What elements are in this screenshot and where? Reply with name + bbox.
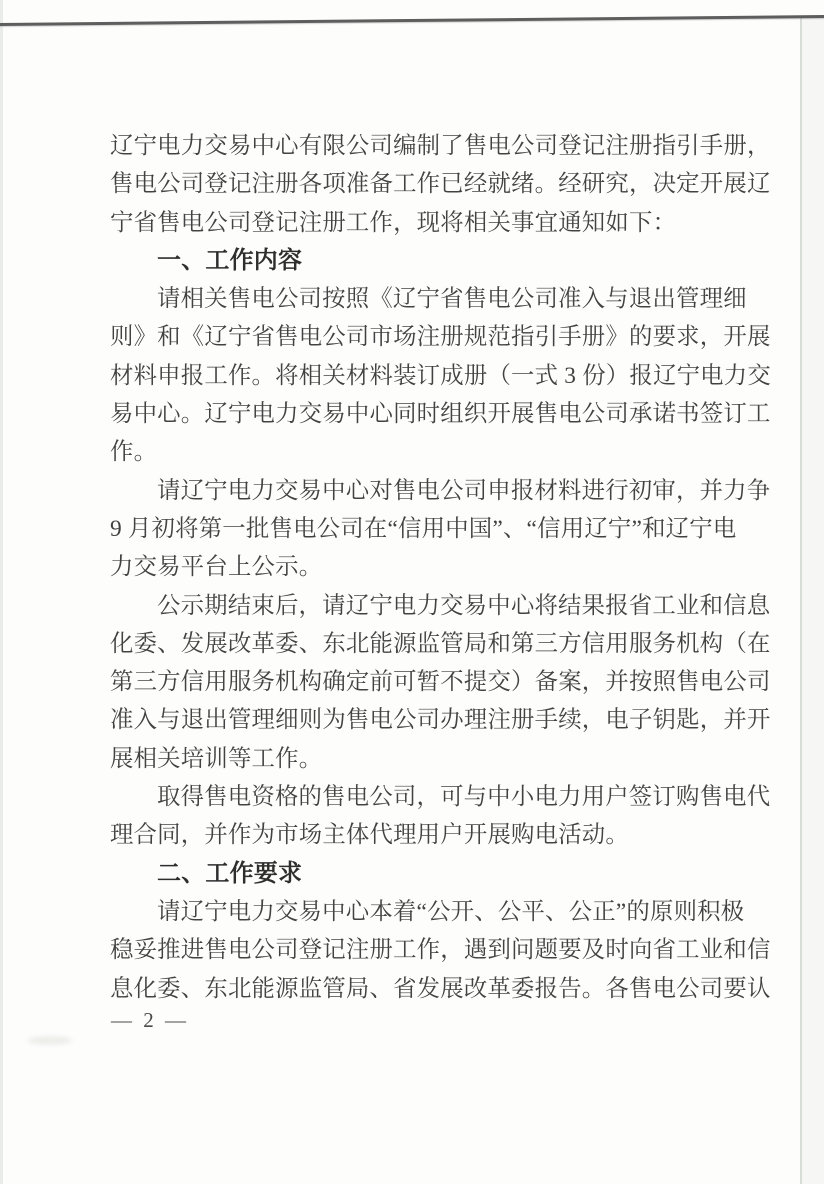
- scan-left-edge-strip: [0, 0, 3, 1184]
- text-line: 请辽宁电力交易中心对售电公司申报材料进行初审，并力争: [110, 472, 778, 510]
- text-line: 材料申报工作。将相关材料装订成册（一式 3 份）报辽宁电力交: [110, 357, 778, 395]
- text-line: 9 月初将第一批售电公司在“信用中国”、“信用辽宁”和辽宁电: [110, 510, 778, 548]
- section-heading: 一、工作内容: [110, 242, 778, 280]
- text-line: 理合同，并作为市场主体代理用户开展购电活动。: [110, 816, 778, 854]
- text-line: 售电公司登记注册各项准备工作已经就绪。经研究，决定开展辽: [110, 165, 778, 203]
- text-line: 易中心。辽宁电力交易中心同时组织开展售电公司承诺书签订工: [110, 395, 778, 433]
- text-line: 第三方信用服务机构确定前可暂不提交）备案，并按照售电公司: [110, 663, 778, 701]
- document-body: 辽宁电力交易中心有限公司编制了售电公司登记注册指引手册，售电公司登记注册各项准备…: [110, 127, 778, 1008]
- paper-right-edge-line: [800, 18, 802, 1184]
- text-line: 请相关售电公司按照《辽宁省售电公司准入与退出管理细: [110, 280, 778, 318]
- text-line: 请辽宁电力交易中心本着“公开、公平、公正”的原则积极: [110, 893, 778, 931]
- scan-artifact-top-line: [0, 15, 824, 26]
- text-line: 宁省售电公司登记注册工作，现将相关事宜通知如下：: [110, 204, 778, 242]
- text-line: 展相关培训等工作。: [110, 740, 778, 778]
- section-heading: 二、工作要求: [110, 855, 778, 893]
- scanned-document-page: 辽宁电力交易中心有限公司编制了售电公司登记注册指引手册，售电公司登记注册各项准备…: [0, 0, 824, 1184]
- text-line: 取得售电资格的售电公司，可与中小电力用户签订购售电代: [110, 778, 778, 816]
- text-line: 息化委、东北能源监管局、省发展改革委报告。各售电公司要认: [110, 970, 778, 1008]
- text-line: 公示期结束后，请辽宁电力交易中心将结果报省工业和信息: [110, 587, 778, 625]
- page-number: — 2 —: [111, 1001, 189, 1039]
- text-line: 化委、发展改革委、东北能源监管局和第三方信用服务机构（在: [110, 625, 778, 663]
- text-line: 准入与退出管理细则为售电公司办理注册手续，电子钥匙，并开: [110, 701, 778, 739]
- scan-smudge: [28, 1036, 72, 1045]
- text-line: 作。: [110, 433, 778, 471]
- text-line: 稳妥推进售电公司登记注册工作，遇到问题要及时向省工业和信: [110, 931, 778, 969]
- text-line: 则》和《辽宁省售电公司市场注册规范指引手册》的要求，开展: [110, 318, 778, 356]
- text-line: 力交易平台上公示。: [110, 548, 778, 586]
- text-line: 辽宁电力交易中心有限公司编制了售电公司登记注册指引手册，: [110, 127, 778, 165]
- scan-right-margin-area: [802, 18, 824, 1184]
